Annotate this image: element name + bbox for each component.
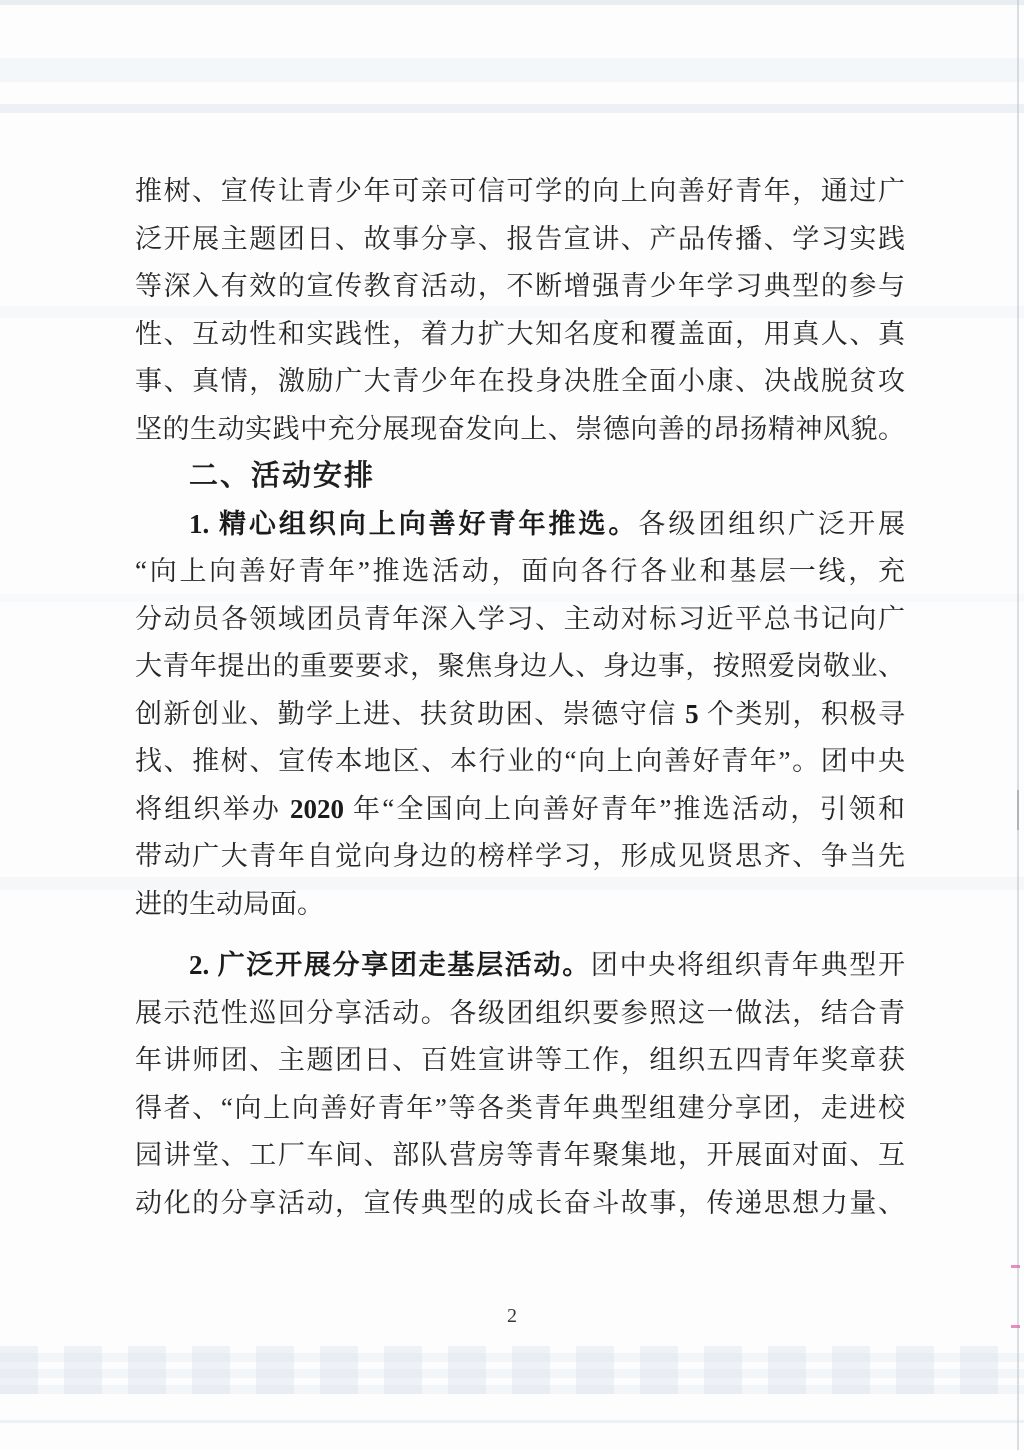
- bold-text-segment: 2020: [290, 794, 344, 824]
- text-line: 找、推树、宣传本地区、本行业的“向上向善好青年”。团中央: [135, 738, 905, 786]
- text-line: 1. 精心组织向上向善好青年推选。各级团组织广泛开展: [135, 501, 905, 549]
- text-segment: “向上向善好青年”推选活动，面向各行各业和基层一线，充: [135, 556, 905, 586]
- text-segment: 分动员各领域团员青年深入学习、主动对标习近平总书记向广: [135, 604, 905, 634]
- text-segment: 团中央将组织青年典型开: [591, 950, 905, 980]
- text-segment: 找、推树、宣传本地区、本行业的“向上向善好青年”。团中央: [135, 746, 905, 776]
- text-line: 创新创业、勤学上进、扶贫助困、崇德守信 5 个类别，积极寻: [135, 691, 905, 739]
- scan-edge-line-dark: [1017, 790, 1019, 830]
- page-number: 2: [0, 1305, 1024, 1328]
- text-segment: 坚的生动实践中充分展现奋发向上、崇德向善的昂扬精神风貌。: [135, 414, 905, 444]
- text-line: “向上向善好青年”推选活动，面向各行各业和基层一线，充: [135, 548, 905, 596]
- text-line: 年讲师团、主题团日、百姓宣讲等工作，组织五四青年奖章获: [135, 1037, 905, 1085]
- bold-text-segment: 2. 广泛开展分享团走基层活动。: [189, 950, 591, 980]
- text-line: 分动员各领域团员青年深入学习、主动对标习近平总书记向广: [135, 596, 905, 644]
- text-segment: 推树、宣传让青少年可亲可信可学的向上向善好青年，通过广: [135, 176, 905, 206]
- scan-band-top-edge: [0, 0, 1024, 5]
- text-line: 得者、“向上向善好青年”等各类青年典型组建分享团，走进校: [135, 1085, 905, 1133]
- pink-tick-mark: [1011, 1265, 1020, 1268]
- text-segment: 展示范性巡回分享活动。各级团组织要参照这一做法，结合青: [135, 998, 905, 1028]
- text-line: 泛开展主题团日、故事分享、报告宣讲、产品传播、学习实践: [135, 216, 905, 264]
- text-line: 2. 广泛开展分享团走基层活动。团中央将组织青年典型开: [135, 942, 905, 990]
- text-segment: 个类别，积极寻: [699, 699, 905, 729]
- text-segment: 带动广大青年自觉向身边的榜样学习，形成见贤思齐、争当先: [135, 841, 905, 871]
- text-segment: 等深入有效的宣传教育活动，不断增强青少年学习典型的参与: [135, 271, 905, 301]
- text-segment: 园讲堂、工厂车间、部队营房等青年聚集地，开展面对面、互: [135, 1140, 905, 1170]
- text-segment: 创新创业、勤学上进、扶贫助困、崇德守信: [135, 699, 685, 729]
- text-line: 性、互动性和实践性，着力扩大知名度和覆盖面，用真人、真: [135, 311, 905, 359]
- section-heading: 二、活动安排: [135, 453, 905, 501]
- intro-continuation-paragraph: 推树、宣传让青少年可亲可信可学的向上向善好青年，通过广泛开展主题团日、故事分享、…: [135, 168, 905, 453]
- text-line: 事、真情，激励广大青少年在投身决胜全面小康、决战脱贫攻: [135, 358, 905, 406]
- text-segment: 各级团组织广泛开展: [638, 509, 905, 539]
- text-line: 带动广大青年自觉向身边的榜样学习，形成见贤思齐、争当先: [135, 833, 905, 881]
- text-segment: 年“全国向上向善好青年”推选活动，引领和: [344, 794, 905, 824]
- scan-band-bottom-line: [0, 1420, 1024, 1423]
- text-segment: 事、真情，激励广大青少年在投身决胜全面小康、决战脱贫攻: [135, 366, 905, 396]
- bold-text-segment: 5: [685, 699, 699, 729]
- item-1-paragraph: 1. 精心组织向上向善好青年推选。各级团组织广泛开展“向上向善好青年”推选活动，…: [135, 501, 905, 929]
- bold-text-segment: 1. 精心组织向上向善好青年推选。: [189, 509, 638, 539]
- text-segment: 泛开展主题团日、故事分享、报告宣讲、产品传播、学习实践: [135, 224, 905, 254]
- text-line: 园讲堂、工厂车间、部队营房等青年聚集地，开展面对面、互: [135, 1132, 905, 1180]
- scan-band: [0, 104, 1024, 113]
- text-segment: 得者、“向上向善好青年”等各类青年典型组建分享团，走进校: [135, 1093, 905, 1123]
- text-line: 推树、宣传让青少年可亲可信可学的向上向善好青年，通过广: [135, 168, 905, 216]
- text-line: 进的生动局面。: [135, 881, 905, 929]
- text-line: 将组织举办 2020 年“全国向上向善好青年”推选活动，引领和: [135, 786, 905, 834]
- document-page: 推树、宣传让青少年可亲可信可学的向上向善好青年，通过广泛开展主题团日、故事分享、…: [0, 0, 1024, 1450]
- scan-band: [0, 58, 1024, 82]
- item-2-paragraph: 2. 广泛开展分享团走基层活动。团中央将组织青年典型开展示范性巡回分享活动。各级…: [135, 942, 905, 1227]
- text-segment: 性、互动性和实践性，着力扩大知名度和覆盖面，用真人、真: [135, 319, 905, 349]
- text-segment: 年讲师团、主题团日、百姓宣讲等工作，组织五四青年奖章获: [135, 1045, 905, 1075]
- text-line: 动化的分享活动，宣传典型的成长奋斗故事，传递思想力量、: [135, 1180, 905, 1228]
- text-segment: 将组织举办: [135, 794, 290, 824]
- scan-edge-line: [1017, 0, 1019, 1450]
- scan-noise-band: [0, 1346, 1024, 1394]
- text-line: 坚的生动实践中充分展现奋发向上、崇德向善的昂扬精神风貌。: [135, 406, 905, 454]
- text-line: 大青年提出的重要要求，聚焦身边人、身边事，按照爱岗敬业、: [135, 643, 905, 691]
- text-segment: 动化的分享活动，宣传典型的成长奋斗故事，传递思想力量、: [135, 1188, 905, 1218]
- document-body: 推树、宣传让青少年可亲可信可学的向上向善好青年，通过广泛开展主题团日、故事分享、…: [135, 168, 905, 1227]
- text-line: 等深入有效的宣传教育活动，不断增强青少年学习典型的参与: [135, 263, 905, 311]
- text-line: 展示范性巡回分享活动。各级团组织要参照这一做法，结合青: [135, 990, 905, 1038]
- text-segment: 进的生动局面。: [135, 889, 324, 919]
- text-segment: 大青年提出的重要要求，聚焦身边人、身边事，按照爱岗敬业、: [135, 651, 905, 681]
